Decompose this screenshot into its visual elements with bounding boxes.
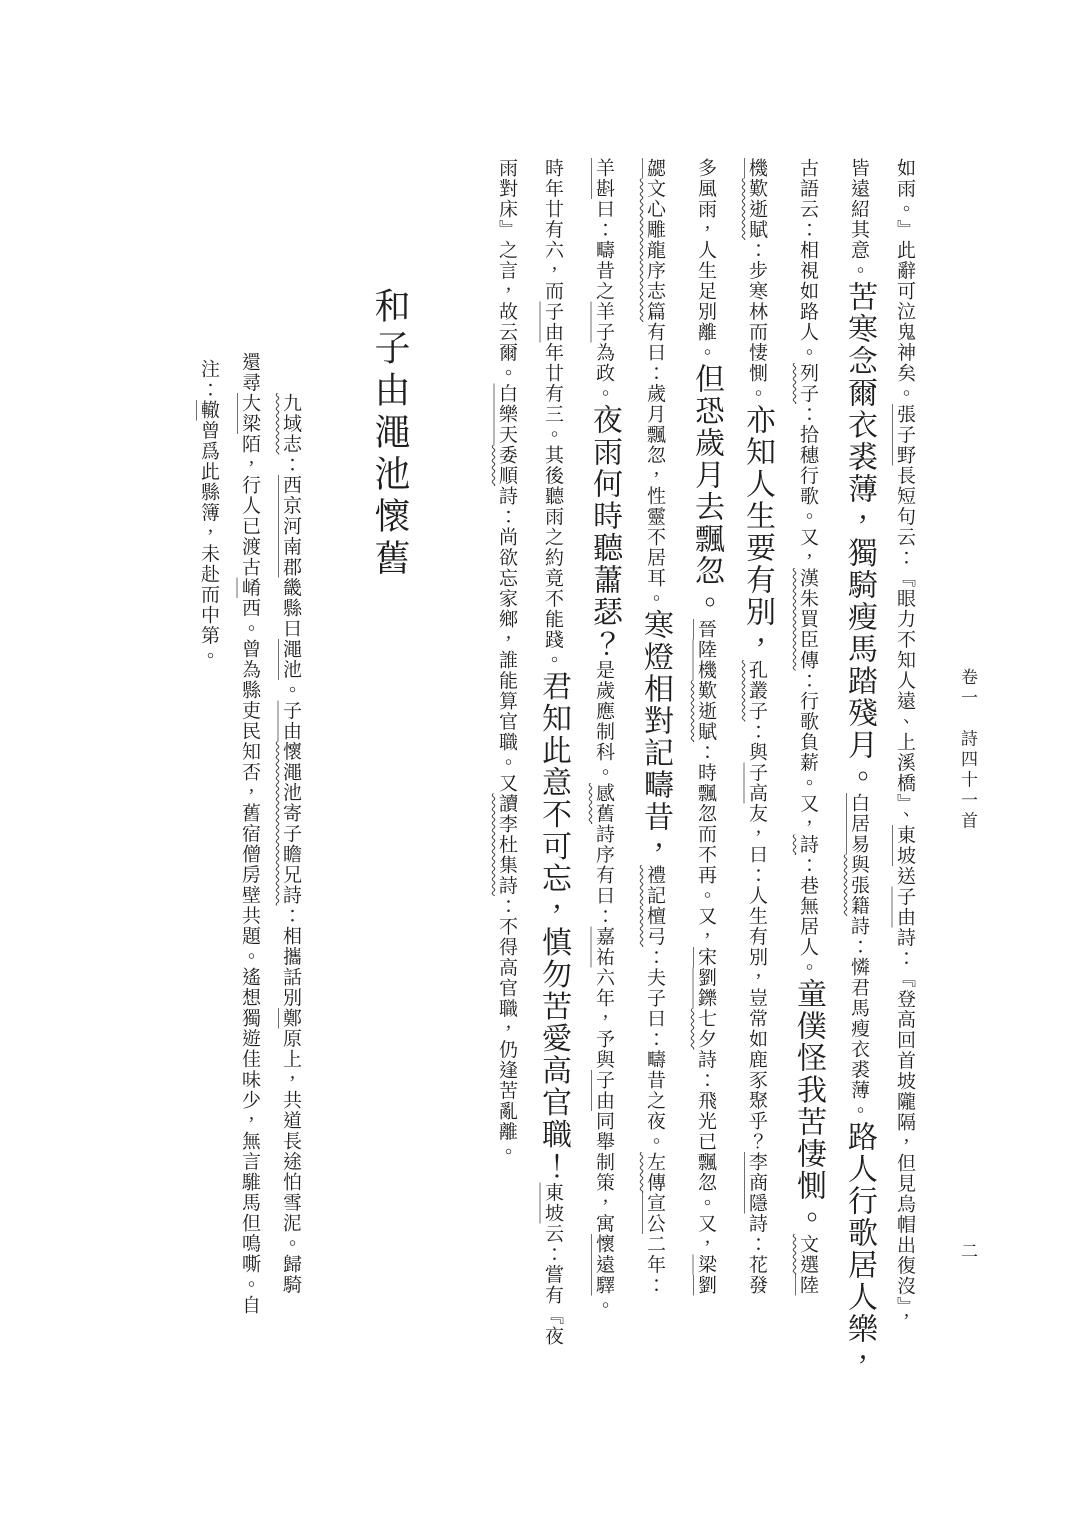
commentary-text: 送 [894, 866, 916, 887]
text-column: 雨對床』之言，故云爾。白樂天委順詩：尚欲忘家鄉，誰能算官職。又讀李杜集詩：不得高… [497, 158, 517, 1408]
book-title-mark: 序志篇 [644, 261, 666, 323]
proper-name-mark: 子由 [280, 701, 302, 742]
volume-header: 卷一 詩四十一首 [955, 668, 980, 832]
commentary-text: 同舉制策，寓 [593, 1111, 615, 1234]
proper-name-mark: 劉鑠 [695, 968, 717, 1009]
book-title-mark: 九域志 [280, 393, 302, 455]
proper-name-mark: 陸 [797, 1275, 819, 1296]
commentary-text: 詩：『登高回首坡隴隔，但見烏帽出復沒』， [894, 928, 916, 1329]
proper-name-mark: 轍 [198, 400, 220, 421]
book-title-mark: 文心雕龍 [644, 179, 666, 261]
proper-name-mark: 白樂天 [496, 384, 518, 446]
proper-name-mark: 東坡 [894, 825, 916, 866]
commentary-text: 詩：飛光已飄忽。又， [695, 1050, 717, 1255]
proper-name-mark: 李商隱 [746, 1152, 768, 1214]
poem-verse-text: 路人行歌居人樂， [842, 1121, 877, 1377]
commentary-text: 。 [593, 1296, 615, 1317]
commentary-text: 。 [280, 680, 302, 701]
commentary-text: 西。曾為縣吏民知否，舊宿僧房壁共題。遙想獨遊佳味少，無言騅馬但鳴嘶。自 [239, 598, 261, 1316]
book-title-mark: 七夕 [695, 1009, 717, 1050]
commentary-text: ：時飄忽而不再。又， [695, 742, 717, 947]
poem-verse-text: 夜雨何時聽蕭瑟？ [587, 404, 622, 660]
text-column: 古語云：相視如路人。列子：拾穗行歌。又，漢朱買臣傳：行歌負薪。又，詩：巷無居人。… [793, 158, 823, 1408]
proper-name-mark: 西京 [280, 475, 302, 516]
proper-name-mark: 劉 [695, 1275, 717, 1296]
proper-name-mark: 白居易 [848, 793, 870, 855]
proper-name-mark: 羊子 [593, 302, 615, 343]
commentary-text: ：拾穗行歌。又， [797, 404, 819, 568]
commentary-text: 二年： [644, 1234, 666, 1296]
proper-name-mark: 子由 [593, 1070, 615, 1111]
commentary-text: 詩：花發 [746, 1214, 768, 1296]
proper-name-mark: 宣公 [644, 1193, 666, 1234]
proper-name-mark: 子由 [542, 302, 564, 343]
text-column: 勰文心雕龍序志篇有曰：歲月飄忽，性靈不居耳。寒燈相對記疇昔，禮記檀弓：夫子曰：疇… [640, 158, 670, 1408]
book-title-mark: 歎逝賦 [695, 681, 717, 743]
book-title-mark: 文選 [797, 1234, 819, 1275]
commentary-text: 長短句云：『眼力不知人遠、上溪橋』、 [894, 466, 916, 826]
poem-verse-text: 苦寒念爾衣裘薄，獨騎瘦馬踏殘月。 [842, 281, 877, 793]
commentary-text: 年廿有三。其後聽雨之約竟不能踐。 [542, 343, 564, 671]
page-number: 二 [955, 1242, 980, 1259]
book-title-mark: 檀弓 [644, 906, 666, 947]
commentary-text: 多風雨，人生足別離。 [695, 158, 717, 363]
poem-title-text: 和子由澠池懷舊 [369, 287, 410, 581]
commentary-text: ：行歌負薪。又， [797, 671, 819, 835]
proper-name-mark: 宋 [695, 947, 717, 968]
commentary-text: 為政。 [593, 343, 615, 405]
commentary-text: 雨對床』之言，故云爾。 [496, 158, 518, 384]
commentary-text: 詩：尚欲忘家鄉，誰能算官職。又 [496, 486, 518, 794]
book-title-mark: 漢朱買臣傳 [797, 568, 819, 671]
proper-name-mark: 勰 [644, 158, 666, 179]
commentary-text: 陌，行人已渡古 [239, 434, 261, 578]
book-title-mark: 列子 [797, 363, 819, 404]
poem-verse-text: 寒燈相對記疇昔， [638, 609, 673, 865]
text-column: 羊斟曰：疇昔之羊子為政。夜雨何時聽蕭瑟？是歲應制科。感舊詩序有曰：嘉祐六年，予與… [589, 158, 619, 1408]
commentary-text: 是歲應制科。 [593, 660, 615, 783]
proper-name-mark: 羊斟 [593, 158, 615, 199]
text-column: 還尋大梁陌，行人已渡古崤西。曾為縣吏民知否，舊宿僧房壁共題。遙想獨遊佳味少，無言… [240, 158, 260, 1408]
commentary-text: 注： [198, 359, 220, 400]
book-title-mark: 禮記 [644, 865, 666, 906]
commentary-text: 有曰：歲月飄忽，性靈不居耳。 [644, 322, 666, 609]
proper-name-mark: 晉 [695, 619, 717, 640]
proper-name-mark: 崤 [239, 578, 261, 599]
commentary-text: 原上，共道長途怕雪泥。歸騎 [280, 1029, 302, 1296]
text-column: 時年廿有六，而子由年廿有三。其後聽雨之約竟不能踐。君知此意不可忘，慎勿苦愛高官職… [538, 158, 568, 1408]
commentary-text: ：巷無居人。 [797, 855, 819, 978]
commentary-text: 六年，予與 [593, 968, 615, 1071]
text-column: 九域志：西京河南郡畿縣曰澠池。子由懷澠池寄子瞻兄詩：相攜話別鄭原上，共道長途怕雪… [281, 158, 301, 1408]
book-page: 卷一 詩四十一首 二 如雨。』此辭可泣鬼神矣。張子野長短句云：『眼力不知人遠、上… [0, 0, 1080, 1515]
commentary-text: 還尋 [239, 352, 261, 393]
commentary-text: ：相攜話別 [280, 906, 302, 1009]
proper-name-mark: 懷遠驛 [593, 1234, 615, 1296]
commentary-text: 曾爲此縣簿，未赴而中第。 [198, 421, 220, 667]
commentary-text: ：夫子曰：疇昔之夜。 [644, 947, 666, 1152]
book-title-mark: 讀李杜集詩 [496, 794, 518, 897]
commentary-text: ： [280, 455, 302, 476]
commentary-text: 曰：疇昔之 [593, 199, 615, 302]
text-column: 注：轍曾爲此縣簿，未赴而中第。 [199, 158, 219, 1408]
commentary-text: ：與 [746, 722, 768, 763]
book-title-mark: 詩 [797, 835, 819, 856]
commentary-text: 古語云：相視如路人。 [797, 158, 819, 363]
proper-name-mark: 陸機 [695, 640, 717, 681]
text-column: 機歎逝賦：步寒林而悽惻。亦知人生要有別，孔叢子：與子高友，曰：人生有別，豈常如鹿… [742, 158, 772, 1408]
book-title-mark: 懷澠池寄子瞻兄詩 [280, 742, 302, 906]
poem-verse-text: 但恐歲月去飄忽。 [689, 363, 724, 619]
proper-name-mark: 河南郡 [280, 516, 302, 578]
proper-name-mark: 機 [746, 158, 768, 179]
book-title-mark: 歎逝賦 [746, 179, 768, 241]
proper-name-mark: 鄭 [280, 1008, 302, 1029]
proper-name-mark: 子高 [746, 763, 768, 804]
proper-name-mark: 梁 [695, 1255, 717, 1276]
book-title-mark: 孔叢子 [746, 660, 768, 722]
text-block: 如雨。』此辭可泣鬼神矣。張子野長短句云：『眼力不知人遠、上溪橋』、東坡送子由詩：… [178, 158, 915, 1408]
book-title-mark: 與張籍 [848, 855, 870, 917]
proper-name-mark: 張子野 [894, 404, 916, 466]
book-title-mark: 委順 [496, 445, 518, 486]
poem-verse-text: 君知此意不可忘，慎勿苦愛高官職！ [536, 671, 571, 1183]
text-column: 如雨。』此辭可泣鬼神矣。張子野長短句云：『眼力不知人遠、上溪橋』、東坡送子由詩：… [895, 158, 915, 1408]
proper-name-mark: 澠池 [280, 639, 302, 680]
proper-name-mark: 東坡 [542, 1183, 564, 1224]
commentary-text: 時年廿有六，而 [542, 158, 564, 302]
commentary-text: 皆遠紹其意。 [848, 158, 870, 281]
proper-name-mark: 大梁 [239, 393, 261, 434]
commentary-text: 友，曰：人生有別，豈常如鹿豕聚乎？ [746, 804, 768, 1153]
commentary-text: 詩序有曰： [593, 824, 615, 927]
book-title-mark: 左傳 [644, 1152, 666, 1193]
text-column: 多風雨，人生足別離。但恐歲月去飄忽。晉陸機歎逝賦：時飄忽而不再。又，宋劉鑠七夕詩… [691, 158, 721, 1408]
poem-verse-text: 童僕怪我苦悽惻。 [791, 978, 826, 1234]
commentary-text: 畿縣曰 [280, 578, 302, 640]
proper-name-mark: 嘉祐 [593, 927, 615, 968]
commentary-text: ：步寒林而悽惻。 [746, 240, 768, 404]
commentary-text: 云：嘗有『夜 [542, 1224, 564, 1347]
commentary-text: 如雨。』此辭可泣鬼神矣。 [894, 158, 916, 404]
poem-verse-text: 亦知人生要有別， [740, 404, 775, 660]
book-title-mark: 感舊 [593, 783, 615, 824]
commentary-text: 詩：憐君馬瘦衣裘薄。 [848, 916, 870, 1121]
proper-name-mark: 子由 [894, 887, 916, 928]
commentary-text: ：不得高官職，仍逢苦亂離。 [496, 896, 518, 1163]
poem-title-column: 和子由澠池懷舊 [371, 158, 407, 1408]
text-column: 皆遠紹其意。苦寒念爾衣裘薄，獨騎瘦馬踏殘月。白居易與張籍詩：憐君馬瘦衣裘薄。路人… [844, 158, 874, 1408]
